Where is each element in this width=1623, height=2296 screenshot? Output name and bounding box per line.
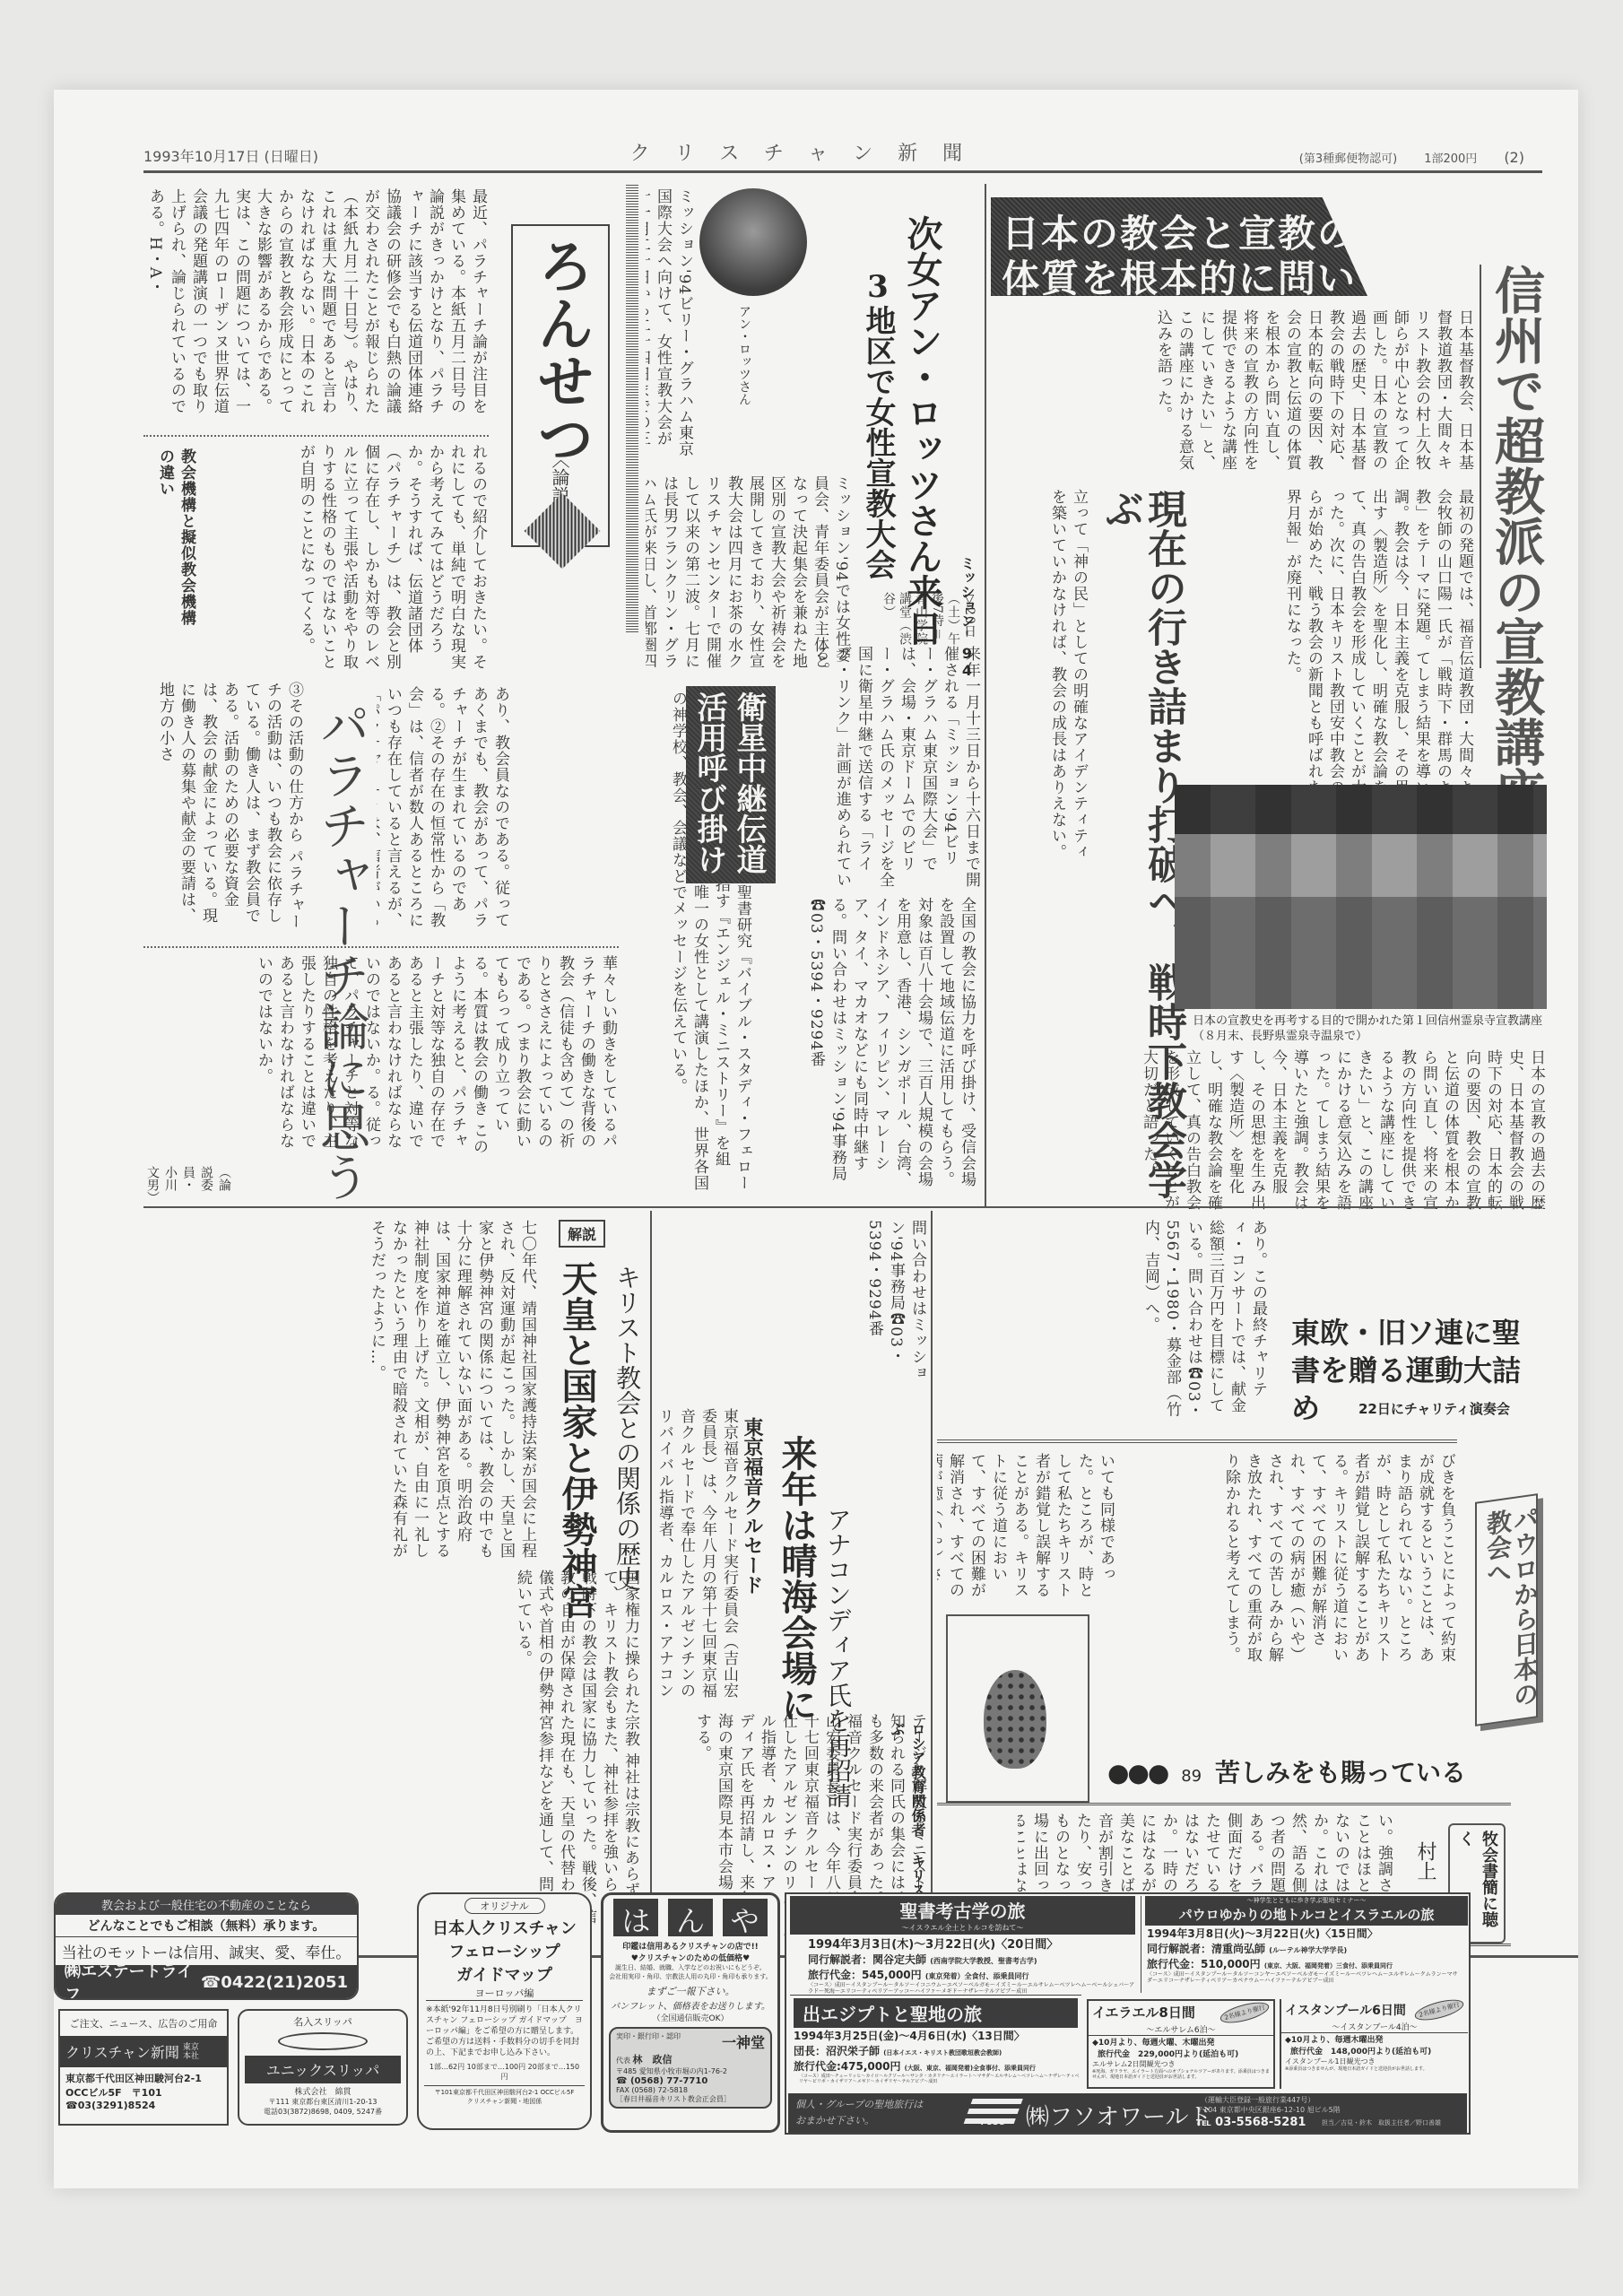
price: 1部200円 bbox=[1424, 149, 1477, 166]
column-divider bbox=[650, 1211, 652, 1955]
estate-line1: 教会および一般住宅の不動産のことなら bbox=[56, 1894, 357, 1915]
isshindo-church: ［春日井福音キリスト教会正会員］ bbox=[616, 2094, 765, 2104]
postal-note: (第3種郵便物認可) bbox=[1299, 149, 1397, 166]
bibles-body: あり。この最終チャリティ・コンサートでは、献金総額三百万円を目標にしている。問い… bbox=[937, 1220, 1269, 1426]
guidemap-prices: 1部…62円 10部まで…100円 20部まで…150円 bbox=[419, 2058, 590, 2085]
tour4-badge: 2名様より催行 bbox=[1218, 1997, 1271, 2026]
tour-exodus[interactable]: 出エジプトと聖地の旅 1994年3月25日(金)〜4月6日(水)〈13日間〉 団… bbox=[790, 1995, 1081, 2092]
lotz-photo-caption: アン・ロッツさん bbox=[735, 305, 753, 405]
fuso-world-ad[interactable]: 聖書考古学の旅 〜イスラエル全土とトルコを訪ねて〜 1994年3月3日(木)〜3… bbox=[785, 1892, 1471, 2135]
isshindo-phone: ☎ (0568) 77-7710 bbox=[616, 2076, 765, 2086]
satellite-body-2: 全国の教会に協力を呼び掛け、受信会場を設置して地域伝道に活用してもらう。対象は百… bbox=[646, 897, 977, 1202]
estate-line2: どんなことでもご相談（無料）承ります。 bbox=[56, 1915, 357, 1937]
shinshu-banner-headline: 日本の教会と宣教の 体質を根本的に問い直す bbox=[991, 197, 1367, 296]
tour5-note: ※添乗員はつきませんが、現地日本語ガイドと送迎員がお世話します。 bbox=[1281, 2066, 1468, 2072]
paul-body-2: びきを負うことによって約束が成就するということは、あまり語られていない。ところが… bbox=[1125, 1453, 1457, 1677]
shinshu-photo-caption: 日本の宣教史を再考する目的で開かれた第１回信州霊泉寺宣教講座（８月末、長野県霊泉… bbox=[1193, 1013, 1542, 1044]
series-number: 89 bbox=[1181, 1767, 1202, 1786]
shimbun-address1: 東京都千代田区神田駿河台2-1 bbox=[60, 2067, 227, 2085]
lotz-subheadline: 3地区で女性宣教大会 bbox=[861, 269, 895, 579]
crusade-article: 問い合わせはミッション'94事務局☎03・5394・9294番 東京福音クルセー… bbox=[659, 1211, 928, 1955]
slipper-icon bbox=[278, 2032, 368, 2050]
shinshu-seminar-photo bbox=[1175, 785, 1547, 1009]
slipper-ad[interactable]: 名入スリッパ ユニックスリッパ 株式会社 綿貫 〒111 東京都台東区清川1-2… bbox=[238, 2009, 408, 2126]
diamond-ornament-icon bbox=[525, 493, 601, 570]
paul-headline: ●●● 89 苦しみをも賜っている bbox=[1107, 1753, 1466, 1789]
tour4-schedule: ◆10月より、毎週火曜、木曜出発 bbox=[1089, 2036, 1273, 2048]
paul-column: いても同様であった。ところが、時として私たちキリスト者が錯覚し誤解することがある… bbox=[937, 1444, 1547, 1955]
tour3-price-note: (大阪、東京、福岡発着)全食事付、添乗員同行 bbox=[905, 2065, 1036, 2072]
fuso-logo-text: FUSO bbox=[981, 2118, 1006, 2127]
shimbun-phone: ☎03(3291)8524 bbox=[60, 2100, 227, 2111]
guidemap-edition: ヨーロッパ編 bbox=[426, 1986, 583, 2001]
hanya-line7: （全国通信販売OK） bbox=[603, 2012, 777, 2023]
guidemap-ad[interactable]: オリジナル 日本人クリスチャン フェローシップ ガイドマップ ヨーロッパ編 ※本… bbox=[417, 1892, 592, 2130]
tour4-price: 旅行代金 229,000円より(延泊も可) bbox=[1089, 2048, 1273, 2059]
isshindo-address: 〒485 愛知県小牧市堀の内1-76-2 bbox=[616, 2066, 765, 2076]
column-divider bbox=[626, 184, 638, 632]
shinshu-article: 日本の教会と宣教の 体質を根本的に問い直す 信州で超教派の宣教講座開始 日本基督… bbox=[991, 179, 1547, 1211]
crusade-body-1: 東京福音クルセード実行委員会（吉山宏委員長）は、今年八月の第十七回東京福音クルセ… bbox=[659, 1408, 740, 1704]
column-divider bbox=[985, 184, 986, 1206]
shinshu-body-left: 立って「神の民」としての明確なアイデンティティを築いていかなければ、教会の成長は… bbox=[991, 489, 1089, 861]
paul-body-1: いても同様であった。ところが、時として私たちキリスト者が錯覚し誤解することがある… bbox=[937, 1453, 1116, 1605]
fuso-company: ㈱フソオワールド bbox=[1026, 2099, 1211, 2132]
tour1-guide-note: (西南学院大学教授、聖書考古学) bbox=[930, 1957, 1037, 1965]
emperor-subheadline: キリスト教会との関係の歴史 bbox=[612, 1265, 641, 1591]
section-rule bbox=[143, 1206, 1542, 1208]
crusade-body-top: 問い合わせはミッション'94事務局☎03・5394・9294番 bbox=[659, 1220, 928, 1399]
hanya-line6: パンフレット、価格表をお送りします。 bbox=[603, 1998, 777, 2012]
masthead-rule bbox=[143, 170, 1542, 173]
editorial-section: 最近、パラチャーチ論が注目を集めている。本紙五月二日号の論説がきっかけとなり、パ… bbox=[143, 179, 619, 1202]
lotz-schedule: ▽20日（土）午後7時＝青山学院講堂（渋谷） bbox=[789, 592, 977, 646]
tour-israel-8days[interactable]: イエラエル8日間 2名様より催行 〜エルサレム6泊〜 ◆10月より、毎週火曜、木… bbox=[1087, 1999, 1275, 2089]
hanya-line2: ♥クリスチャンのための低価格♥ bbox=[603, 1952, 777, 1963]
slipper-address: 〒111 東京都台東区清川1-20-13 bbox=[239, 2097, 406, 2107]
grape-illustration-icon bbox=[946, 1614, 1089, 1803]
tour4-note: ※死海、ガリラヤ、エイラート方面へのオプショナルツアーがあります。添乗員はつきま… bbox=[1089, 2069, 1273, 2080]
guidemap-title-3: ガイドマップ bbox=[419, 1962, 590, 1986]
tour1-dates: 1994年3月3日(木)〜3月22日(火)〈20日間〉 bbox=[790, 1935, 1135, 1952]
slipper-phone: 電話03(3872)8698, 0409, 5247番 bbox=[239, 2107, 406, 2117]
tour2-guide-note: (ルーテル神学大学学長) bbox=[1269, 1946, 1347, 1954]
lotz-body-1: ミッション'94ビリー・グラハム東京国際大会へ向けて、女性宣教大会が十一月二十日… bbox=[646, 188, 695, 457]
column-title: ろんせつ bbox=[529, 237, 592, 466]
newspaper-page: 1993年10月17日 (日曜日) クリスチャン新聞 (第3種郵便物認可) 1部… bbox=[54, 90, 1578, 2188]
fuso-contacts: 担当／吉見・鈴木 取扱主任者／野口善雄 bbox=[1322, 2118, 1441, 2127]
estate-phone: ☎0422(21)2051 bbox=[201, 1973, 348, 1992]
isshindo-box: 実印・銀行印・認印 一神堂 代表 林 政信 〒485 愛知県小牧市堀の内1-76… bbox=[609, 2027, 772, 2109]
isshindo-services: 実印・銀行印・認印 bbox=[616, 2031, 681, 2052]
tour-istanbul-6days[interactable]: イスタンブール6日間 2名様より催行 〜イスタンブール4泊〜 ◆10月より、毎週… bbox=[1280, 1999, 1468, 2089]
emperor-article: 七〇年代、靖国神社国家護持法案が国会に上程され、反対運動が起こった。しかし、天皇… bbox=[143, 1211, 641, 1955]
fuso-address: 〒104 東京都中央区銀座6-12-10 旭ビル5階 bbox=[1196, 2105, 1341, 2115]
shinshu-body-top: 日本基督教会、日本基督教道教団・大間々キリスト教会の村上久牧師らが中心となって企… bbox=[991, 309, 1475, 480]
editorial-byline: （論説委員・小川文男） bbox=[143, 1166, 233, 1202]
editorial-subhead: 教会機構と擬似教会機構の違い bbox=[143, 448, 197, 628]
crusade-label: 東京福音クルセード bbox=[739, 1417, 767, 1595]
isshindo-rep: 代表 林 政信 bbox=[616, 2052, 765, 2066]
tour-paul[interactable]: 〜神学生とともに歩き学ぶ聖地セミナー〜 パウロゆかりの地トルコとイスラエルの旅 … bbox=[1141, 1896, 1468, 1993]
bibles-subheadline: 22日にチャリティ演奏会 bbox=[1358, 1399, 1510, 1418]
masthead: 1993年10月17日 (日曜日) クリスチャン新聞 (第3種郵便物認可) 1部… bbox=[143, 130, 1524, 166]
satellite-headline-box: 衛星中継伝道 活用呼び掛け bbox=[686, 686, 776, 883]
tour3-leader-note: (日本イエス・キリスト教団歌垣教会教師) bbox=[883, 2049, 1002, 2057]
fuso-slogan-2: おまかせ下さい。 bbox=[795, 2113, 874, 2127]
slipper-header: 名入スリッパ bbox=[239, 2011, 406, 2029]
double-rule bbox=[937, 1439, 1457, 1443]
tour3-leader: 団長：沼沢栄子師 bbox=[794, 2045, 880, 2057]
tour3-dates: 1994年3月25日(金)〜4月6日(水)〈13日間〉 bbox=[790, 2028, 1081, 2043]
emperor-label: 解説 bbox=[559, 1220, 605, 1248]
isshindo-name: 一神堂 bbox=[722, 2031, 765, 2052]
editorial-body-bottom: 華々しい動きをしているパラチャーチの働きな背後の教会（信徒も含めて）の祈りとささ… bbox=[143, 955, 619, 1161]
guidemap-title-1: 日本人クリスチャン bbox=[419, 1916, 590, 1939]
issue-date: 1993年10月17日 (日曜日) bbox=[143, 145, 318, 166]
hanya-ad[interactable]: は ん や 印鑑は信用あるクリスチャンの店で!! ♥クリスチャンのための低価格♥… bbox=[601, 1892, 780, 2133]
tour2-course: 〈コース〉成田〜イスタンブール〜タルソ〜コンヤ〜エペソ〜ベルガモ〜イズミール〜ベ… bbox=[1141, 1971, 1468, 1984]
tour4-subtitle: 〜エルサレム6泊〜 bbox=[1089, 2023, 1273, 2036]
lotz-portrait-photo bbox=[699, 188, 807, 296]
shimbun-branch: 東京本社 bbox=[183, 2043, 201, 2061]
tour2-price: 旅行代金：510,000円 bbox=[1147, 1958, 1261, 1970]
paul-column-headline: 苦しみをも賜っている bbox=[1215, 1758, 1466, 1787]
tour1-course: 〈コース〉成田〜イスタンブール〜タルソ〜イコニウム〜エペソ〜ベルガモ〜イズミール… bbox=[790, 1982, 1135, 1995]
satellite-body-1: 来年一月十三日から十六日まで開催される「ミッション'94ビリー・グラハム東京国際… bbox=[785, 646, 982, 897]
tour-archaeology[interactable]: 聖書考古学の旅 〜イスラエル全土とトルコを訪ねて〜 1994年3月3日(木)〜3… bbox=[790, 1896, 1135, 1993]
tour5-schedule: ◆10月より、毎週木曜出発 bbox=[1281, 2033, 1468, 2045]
tour1-guide: 同行解説者：関谷定夫師 bbox=[808, 1953, 926, 1966]
tour5-subtitle: 〜イスタンブール4泊〜 bbox=[1281, 2021, 1468, 2033]
crusade-headline: 来年は晴海会場に bbox=[777, 1435, 816, 1722]
page-number: (2) bbox=[1504, 149, 1524, 166]
tour2-title: パウロゆかりの地トルコとイスラエルの旅 bbox=[1145, 1905, 1468, 1926]
lotz-headline: 次女アン・ロッツさん来日 bbox=[902, 215, 942, 646]
tour4-extra: エルサレム2日間観光つき bbox=[1089, 2059, 1273, 2069]
tour2-price-note: (東京、大阪、福岡発着）三食付、添乗員同行 bbox=[1264, 1962, 1393, 1970]
estate-life-ad[interactable]: 教会および一般住宅の不動産のことなら どんなことでもご相談（無料）承ります。 当… bbox=[54, 1892, 359, 2000]
fuso-phone: ℡ 03-5568-5281 bbox=[1196, 2116, 1306, 2129]
bibles-article: あり。この最終チャリティ・コンサートでは、献金総額三百万円を目標にしている。問い… bbox=[937, 1211, 1547, 1435]
tour4-title: イエラエル8日間 bbox=[1092, 2003, 1195, 2022]
fuso-license: （運輸大臣登録一般旅行業447号） bbox=[1201, 2095, 1315, 2105]
editorial-body-top: 最近、パラチャーチ論が注目を集めている。本紙五月二日号の論説がきっかけとなり、パ… bbox=[143, 188, 489, 426]
tour3-course: 〈コース〉成田〜チューリッヒ〜カイロ〜ルクソール〜サンタ・カタリナ〜エイラート〜… bbox=[790, 2074, 1081, 2084]
guidemap-title-2: フェローシップ bbox=[419, 1939, 590, 1962]
paper-name: クリスチャン新聞 bbox=[630, 138, 987, 166]
hanya-line3: 誕生日、結婚、就職、入学などのお祝いにもどうぞ。 bbox=[603, 1963, 777, 1972]
fuso-slogan-1: 個人・グループの聖地旅行は bbox=[795, 2097, 923, 2111]
bullet-dots-icon: ●●● bbox=[1107, 1758, 1167, 1787]
hanya-line1: 印鑑は信用あるクリスチャンの店で!! bbox=[603, 1940, 777, 1952]
column-title-box: ろんせつ 〈論説〉 bbox=[511, 224, 610, 547]
tour2-guide: 同行解説者：清重尚弘師 bbox=[1147, 1943, 1265, 1955]
emperor-body-2: 国家権力に操られた宗教 神社は宗教にあらずとして、キリスト教会もまた、神社参拝を… bbox=[143, 1570, 641, 1937]
guidemap-badge: オリジナル bbox=[464, 1898, 545, 1914]
guidemap-dept: クリスチャン新聞・地図係 bbox=[419, 2097, 590, 2106]
emperor-body-1: 七〇年代、靖国神社国家護持法案が国会に上程され、反対運動が起こった。しかし、天皇… bbox=[143, 1220, 538, 1561]
slipper-brand: ユニックスリッパ bbox=[245, 2056, 401, 2083]
tour5-title: イスタンブール6日間 bbox=[1285, 2001, 1406, 2019]
tour5-price: 旅行代金 148,000円より(延泊も可) bbox=[1281, 2045, 1468, 2057]
guidemap-address: 〒101東京都千代田区神田駿河台2-1 OCCビル5F bbox=[424, 2085, 585, 2097]
column-divider bbox=[931, 1211, 933, 1955]
hanya-line4: 会社用実印・角印、宗教法人用の丸印・角印も承ります。 bbox=[603, 1972, 777, 1981]
hanya-char-1: は bbox=[613, 1899, 658, 1936]
satellite-headline: 衛星中継伝道 活用呼び掛け bbox=[690, 691, 768, 880]
editorial-body-left: ③その活動の仕方から パラチャーチの活動は、いつも教会に依存している。働き人は、… bbox=[143, 682, 305, 933]
paul-title: パウロから日本の教会へ bbox=[1484, 1504, 1538, 1723]
editorial-body-lower: あり、教会員なのである。従ってあくまでも、教会があって、パラチャーチが生まれてい… bbox=[377, 686, 511, 937]
guidemap-description: ※本紙'92年11月8日号別刷り「日本人クリスチャン フェローシップ ガイドマッ… bbox=[419, 2005, 590, 2058]
isshindo-fax: FAX (0568) 72-5818 bbox=[616, 2086, 765, 2094]
tour1-price: 旅行代金：545,000円 bbox=[808, 1969, 922, 1981]
hanya-char-3: や bbox=[723, 1899, 768, 1936]
shimbun-address2: OCCビル5F 〒101 bbox=[60, 2085, 227, 2100]
paul-title-banner: パウロから日本の教会へ bbox=[1475, 1493, 1538, 1726]
tour3-title: 出エジプトと聖地の旅 bbox=[794, 1998, 1078, 2028]
christian-shimbun-ad[interactable]: ご注文、ニュース、広告のご用命 クリスチャン新聞 東京本社 東京都千代田区神田駿… bbox=[58, 2009, 229, 2126]
emperor-headline: 天皇と国家と伊勢神宮 bbox=[557, 1260, 596, 1619]
tour2-kicker: 〜神学生とともに歩き学ぶ聖地セミナー〜 bbox=[1145, 1896, 1468, 1905]
fuso-footer: 個人・グループの聖地旅行は おまかせ下さい。 FUSO ㈱フソオワールド （運輸… bbox=[788, 2093, 1467, 2133]
tour1-price-note: (東京発着）全食付、添乗員同行 bbox=[925, 1972, 1029, 1980]
slipper-company: 株式会社 綿貫 bbox=[239, 2083, 406, 2097]
shinshu-body-bottom: 日本の宣教の過去の歴史、日本基督教会の戦時下の対応、日本的転向の要因、教会の宣教… bbox=[991, 1049, 1547, 1220]
shimbun-header: ご注文、ニュース、広告のご用命 bbox=[60, 2011, 227, 2036]
shimbun-name: クリスチャン新聞 bbox=[65, 2041, 179, 2062]
estate-company: ㈱エステートライフ bbox=[65, 1959, 201, 2000]
tour3-price: 旅行代金:475,000円 bbox=[794, 2060, 900, 2073]
tour5-extra: イスタンブール1日観光つき bbox=[1281, 2057, 1468, 2066]
tour2-dates: 1994年3月8日(火)〜3月22日(火)〈15日間〉 bbox=[1141, 1926, 1468, 1941]
tour1-subtitle: 〜イスラエル全土とトルコを訪ねて〜 bbox=[790, 1923, 1135, 1935]
tour1-title: 聖書考古学の旅 bbox=[790, 1896, 1135, 1923]
hanya-char-2: ん bbox=[668, 1899, 713, 1936]
hanya-line5: まずご一報下さい。 bbox=[603, 1984, 777, 1998]
